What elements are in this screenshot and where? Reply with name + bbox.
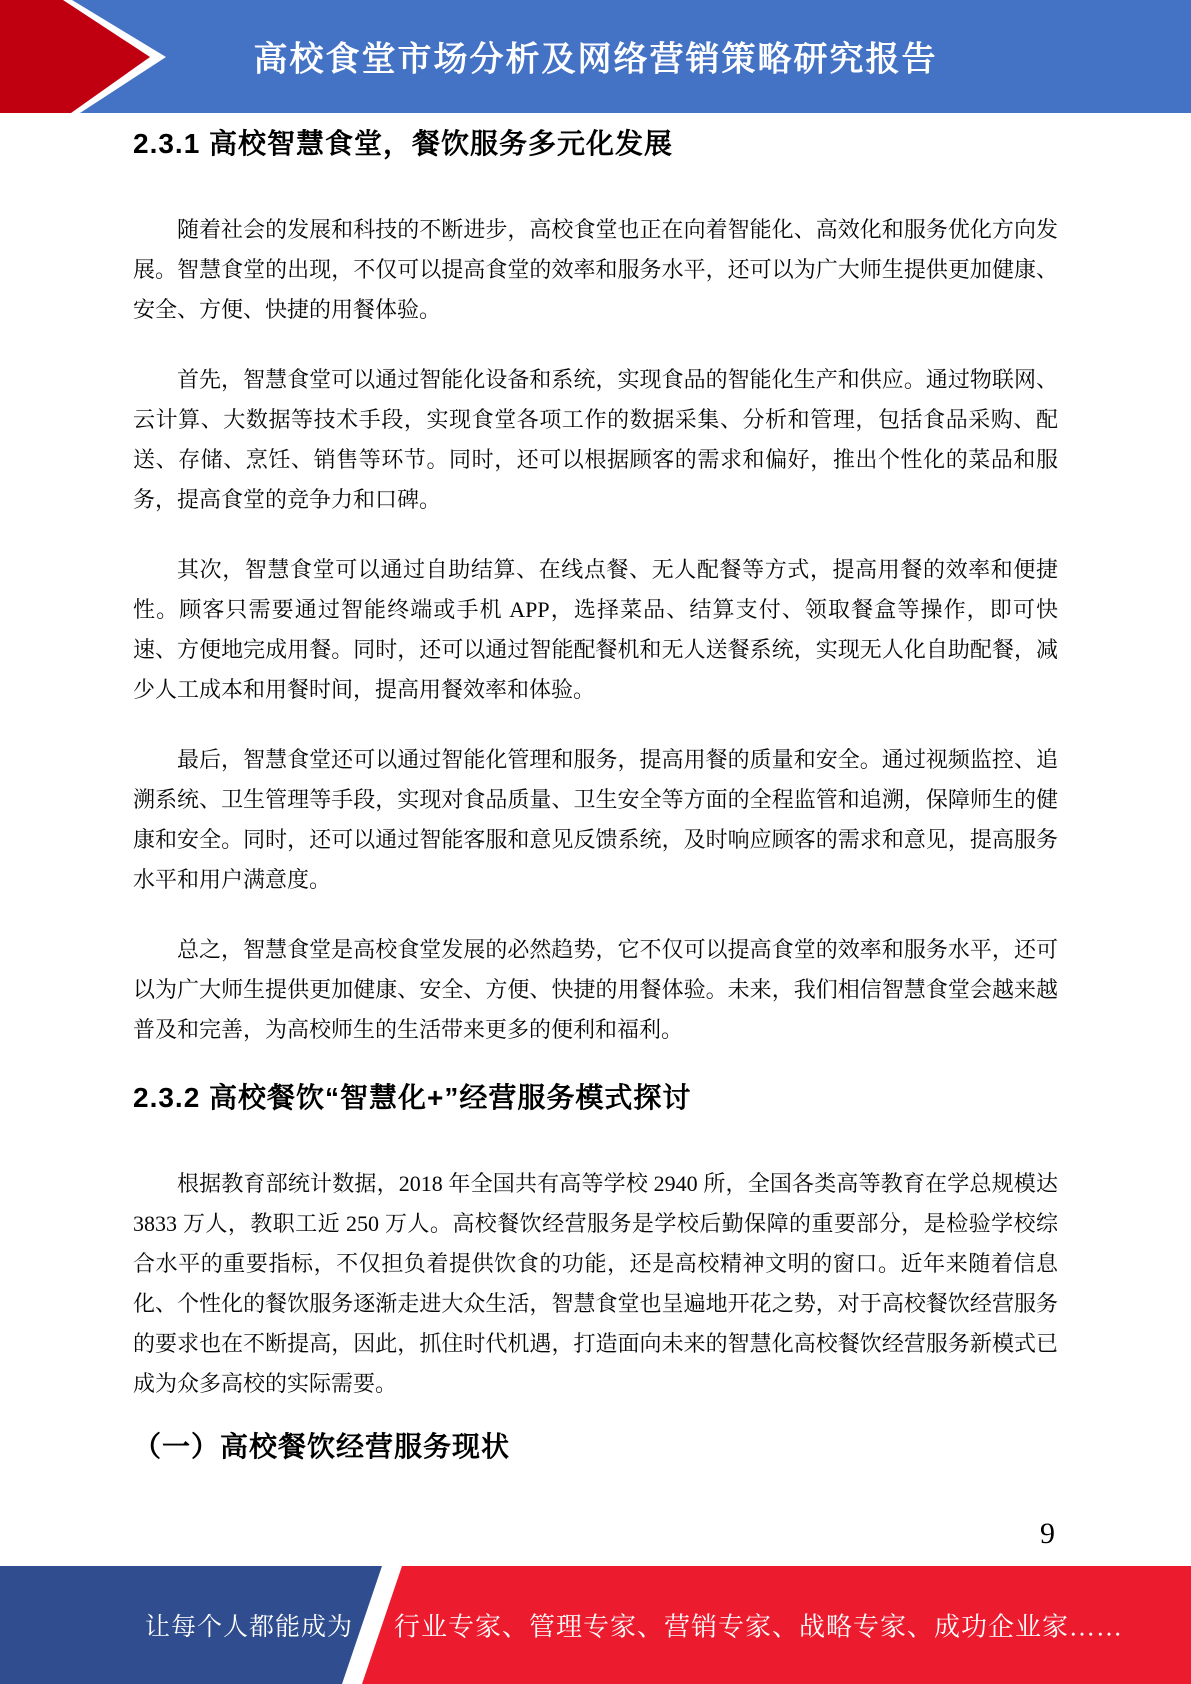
document-body: 2.3.1 高校智慧食堂，餐饮服务多元化发展 随着社会的发展和科技的不断进步，高… <box>133 113 1058 1468</box>
paragraph-2: 首先，智慧食堂可以通过智能化设备和系统，实现食品的智能化生产和供应。通过物联网、… <box>133 360 1058 520</box>
paragraph-4: 最后，智慧食堂还可以通过智能化管理和服务，提高用餐的质量和安全。通过视频监控、追… <box>133 740 1058 900</box>
section-heading-2-3-1: 2.3.1 高校智慧食堂，餐饮服务多元化发展 <box>133 123 1058 165</box>
paragraph-3: 其次，智慧食堂可以通过自助结算、在线点餐、无人配餐等方式，提高用餐的效率和便捷性… <box>133 550 1058 710</box>
page-footer: 让每个人都能成为 行业专家、管理专家、营销专家、战略专家、成功企业家…… <box>0 1566 1191 1684</box>
report-page: 高校食堂市场分析及网络营销策略研究报告 2.3.1 高校智慧食堂，餐饮服务多元化… <box>0 0 1191 1684</box>
page-header: 高校食堂市场分析及网络营销策略研究报告 <box>0 0 1191 113</box>
subsection-heading-1: （一）高校餐饮经营服务现状 <box>133 1426 1058 1468</box>
section-heading-2-3-2: 2.3.2 高校餐饮“智慧化+”经营服务模式探讨 <box>133 1077 1058 1119</box>
footer-slogan-left: 让每个人都能成为 <box>145 1607 353 1643</box>
paragraph-5: 总之，智慧食堂是高校食堂发展的必然趋势，它不仅可以提高食堂的效率和服务水平，还可… <box>133 930 1058 1050</box>
page-number: 9 <box>1040 1516 1055 1552</box>
footer-slogan-right: 行业专家、管理专家、营销专家、战略专家、成功企业家…… <box>394 1607 1123 1644</box>
report-title: 高校食堂市场分析及网络营销策略研究报告 <box>0 31 1191 80</box>
paragraph-6: 根据教育部统计数据，2018 年全国共有高等学校 2940 所，全国各类高等教育… <box>133 1164 1058 1404</box>
paragraph-1: 随着社会的发展和科技的不断进步，高校食堂也正在向着智能化、高效化和服务优化方向发… <box>133 210 1058 330</box>
